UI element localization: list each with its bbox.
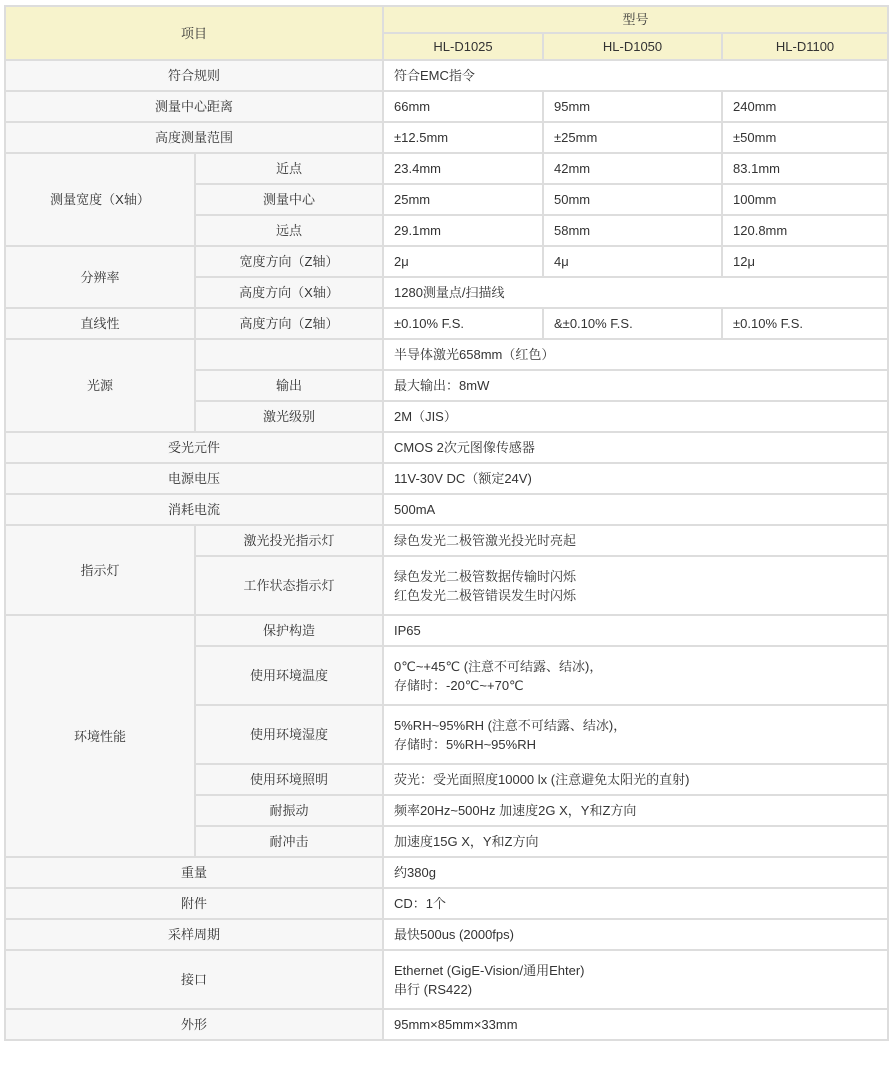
row-label: 高度测量范围 xyxy=(5,122,383,153)
row-value: 240mm xyxy=(722,91,888,122)
row-value: 频率20Hz~500Hz 加速度2G X，Y和Z方向 xyxy=(383,795,888,826)
row-label: 电源电压 xyxy=(5,463,383,494)
row-value: 500mA xyxy=(383,494,888,525)
row-value: 最快500us (2000fps) xyxy=(383,919,888,950)
spec-table: 项目 型号 HL-D1025 HL-D1050 HL-D1100 符合规则 符合… xyxy=(4,5,889,1041)
row-value: 最大输出：8mW xyxy=(383,370,888,401)
row-label: 测量中心距离 xyxy=(5,91,383,122)
sub-label: 保护构造 xyxy=(195,615,383,646)
table-row: 符合规则 符合EMC指令 xyxy=(5,60,888,91)
row-value: 4μ xyxy=(543,246,722,277)
table-row: 外形 95mm×85mm×33mm xyxy=(5,1009,888,1040)
row-value: 25mm xyxy=(383,184,543,215)
sub-label: 工作状态指示灯 xyxy=(195,556,383,615)
sub-label: 使用环境照明 xyxy=(195,764,383,795)
value-line: 存储时：-20℃~+70℃ xyxy=(394,676,877,695)
row-value: 约380g xyxy=(383,857,888,888)
sub-label: 宽度方向（Z轴） xyxy=(195,246,383,277)
row-value: CMOS 2次元图像传感器 xyxy=(383,432,888,463)
sub-label: 激光级别 xyxy=(195,401,383,432)
row-value: CD：1个 xyxy=(383,888,888,919)
table-row: 测量宽度（X轴） 近点 23.4mm 42mm 83.1mm xyxy=(5,153,888,184)
table-row: 直线性 高度方向（Z轴） ±0.10% F.S. &±0.10% F.S. ±0… xyxy=(5,308,888,339)
sub-label: 激光投光指示灯 xyxy=(195,525,383,556)
row-label: 消耗电流 xyxy=(5,494,383,525)
row-value: ±12.5mm xyxy=(383,122,543,153)
row-value: ±50mm xyxy=(722,122,888,153)
row-value: 5%RH~95%RH (注意不可结露、结冰)， 存储时：5%RH~95%RH xyxy=(383,705,888,764)
row-value: IP65 xyxy=(383,615,888,646)
sub-label: 输出 xyxy=(195,370,383,401)
row-value: 绿色发光二极管激光投光时亮起 xyxy=(383,525,888,556)
table-row: 电源电压 11V-30V DC（额定24V) xyxy=(5,463,888,494)
row-value: 58mm xyxy=(543,215,722,246)
header-item: 项目 xyxy=(5,6,383,60)
row-value: 11V-30V DC（额定24V) xyxy=(383,463,888,494)
row-value: ±25mm xyxy=(543,122,722,153)
row-label: 受光元件 xyxy=(5,432,383,463)
row-value: 95mm xyxy=(543,91,722,122)
group-label: 指示灯 xyxy=(5,525,195,615)
row-value: &±0.10% F.S. xyxy=(543,308,722,339)
group-label: 分辨率 xyxy=(5,246,195,308)
sub-label: 测量中心 xyxy=(195,184,383,215)
row-value: ±0.10% F.S. xyxy=(722,308,888,339)
sub-label: 高度方向（X轴） xyxy=(195,277,383,308)
sub-label: 高度方向（Z轴） xyxy=(195,308,383,339)
row-value: 29.1mm xyxy=(383,215,543,246)
row-value: 符合EMC指令 xyxy=(383,60,888,91)
row-value: 120.8mm xyxy=(722,215,888,246)
table-row: 分辨率 宽度方向（Z轴） 2μ 4μ 12μ xyxy=(5,246,888,277)
row-label: 重量 xyxy=(5,857,383,888)
row-label: 附件 xyxy=(5,888,383,919)
table-row: 光源 半导体激光658mm（红色） xyxy=(5,339,888,370)
row-value: 2μ xyxy=(383,246,543,277)
row-value: 12μ xyxy=(722,246,888,277)
group-label: 环境性能 xyxy=(5,615,195,857)
row-value: 83.1mm xyxy=(722,153,888,184)
header-row-1: 项目 型号 xyxy=(5,6,888,33)
row-value: 2M（JIS） xyxy=(383,401,888,432)
row-label: 外形 xyxy=(5,1009,383,1040)
row-value: 加速度15G X，Y和Z方向 xyxy=(383,826,888,857)
row-value: 23.4mm xyxy=(383,153,543,184)
row-value: 95mm×85mm×33mm xyxy=(383,1009,888,1040)
table-row: 指示灯 激光投光指示灯 绿色发光二极管激光投光时亮起 xyxy=(5,525,888,556)
sub-label: 使用环境湿度 xyxy=(195,705,383,764)
row-value: 50mm xyxy=(543,184,722,215)
row-value: ±0.10% F.S. xyxy=(383,308,543,339)
row-value: 半导体激光658mm（红色） xyxy=(383,339,888,370)
sub-label: 使用环境温度 xyxy=(195,646,383,705)
table-row: 环境性能 保护构造 IP65 xyxy=(5,615,888,646)
table-row: 附件 CD：1个 xyxy=(5,888,888,919)
row-value: 66mm xyxy=(383,91,543,122)
table-row: 接口 Ethernet (GigE-Vision/通用Ehter) 串行 (RS… xyxy=(5,950,888,1009)
sub-label: 近点 xyxy=(195,153,383,184)
value-line: 5%RH~95%RH (注意不可结露、结冰)， xyxy=(394,716,877,735)
sub-label: 远点 xyxy=(195,215,383,246)
sub-label xyxy=(195,339,383,370)
header-model-3: HL-D1100 xyxy=(722,33,888,60)
value-line: 存储时：5%RH~95%RH xyxy=(394,735,877,754)
header-model-2: HL-D1050 xyxy=(543,33,722,60)
row-value: 1280测量点/扫描线 xyxy=(383,277,888,308)
table-row: 高度测量范围 ±12.5mm ±25mm ±50mm xyxy=(5,122,888,153)
header-model-1: HL-D1025 xyxy=(383,33,543,60)
table-row: 受光元件 CMOS 2次元图像传感器 xyxy=(5,432,888,463)
value-line: 0℃~+45℃ (注意不可结露、结冰)， xyxy=(394,657,877,676)
row-label: 符合规则 xyxy=(5,60,383,91)
row-value: 42mm xyxy=(543,153,722,184)
table-row: 消耗电流 500mA xyxy=(5,494,888,525)
group-label: 直线性 xyxy=(5,308,195,339)
table-row: 测量中心距离 66mm 95mm 240mm xyxy=(5,91,888,122)
group-label: 光源 xyxy=(5,339,195,432)
table-row: 重量 约380g xyxy=(5,857,888,888)
row-label: 采样周期 xyxy=(5,919,383,950)
row-value: Ethernet (GigE-Vision/通用Ehter) 串行 (RS422… xyxy=(383,950,888,1009)
sub-label: 耐振动 xyxy=(195,795,383,826)
value-line: Ethernet (GigE-Vision/通用Ehter) xyxy=(394,961,877,980)
row-value: 绿色发光二极管数据传输时闪烁 红色发光二极管错误发生时闪烁 xyxy=(383,556,888,615)
row-value: 0℃~+45℃ (注意不可结露、结冰)， 存储时：-20℃~+70℃ xyxy=(383,646,888,705)
value-line: 绿色发光二极管数据传输时闪烁 xyxy=(394,567,877,586)
value-line: 红色发光二极管错误发生时闪烁 xyxy=(394,586,877,605)
sub-label: 耐冲击 xyxy=(195,826,383,857)
row-value: 荧光：受光面照度10000 lx (注意避免太阳光的直射) xyxy=(383,764,888,795)
value-line: 串行 (RS422) xyxy=(394,980,877,999)
spec-table-container: 项目 型号 HL-D1025 HL-D1050 HL-D1100 符合规则 符合… xyxy=(0,0,890,1041)
header-model: 型号 xyxy=(383,6,888,33)
table-row: 采样周期 最快500us (2000fps) xyxy=(5,919,888,950)
row-value: 100mm xyxy=(722,184,888,215)
group-label: 测量宽度（X轴） xyxy=(5,153,195,246)
row-label: 接口 xyxy=(5,950,383,1009)
